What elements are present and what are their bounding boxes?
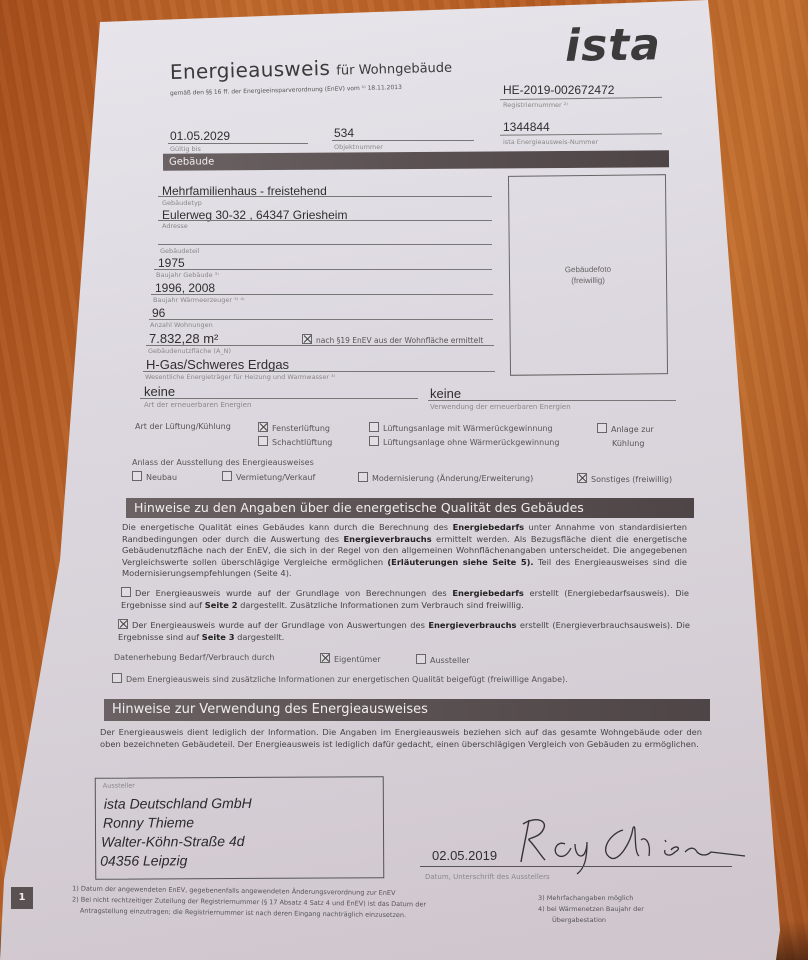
section-header-hinweise-qualitaet: Hinweise zu den Angaben über die energet… bbox=[126, 498, 694, 518]
checkbox-empty-icon[interactable] bbox=[121, 587, 131, 597]
signature-icon bbox=[515, 812, 755, 877]
qualitaet-intro-paragraph: Die energetische Qualität eines Gebäudes… bbox=[122, 522, 687, 580]
rule bbox=[500, 97, 662, 100]
energietraeger-label: Wesentliche Energieträger für Heizung un… bbox=[145, 373, 335, 381]
bold-text: Seite 2 bbox=[205, 600, 238, 610]
rule bbox=[143, 371, 495, 372]
checkbox-empty-icon[interactable] bbox=[369, 422, 379, 432]
rule bbox=[140, 398, 418, 399]
erneuerbare-verwendung-label: Verwendung der erneuerbaren Energien bbox=[430, 403, 571, 411]
text: dargestellt. bbox=[235, 632, 285, 642]
checkbox-label: nach §19 EnEV aus der Wohnfläche ermitte… bbox=[316, 336, 483, 345]
anlass-option-neubau[interactable]: Neubau bbox=[132, 471, 177, 482]
registriernummer-label: Registriernummer ²⁾ bbox=[503, 101, 568, 109]
title-main: Energieausweis bbox=[170, 56, 331, 84]
issuer-address: ista Deutschland GmbH Ronny Thieme Walte… bbox=[104, 794, 252, 871]
section-title: Hinweise zu den Angaben über die energet… bbox=[134, 500, 584, 515]
document-subtitle: gemäß den §§ 16 ff. der Energieeinsparve… bbox=[170, 84, 402, 97]
erneuerbare-art-label: Art der erneuerbaren Energien bbox=[144, 401, 251, 409]
option-label: Sonstiges (freiwillig) bbox=[591, 475, 672, 484]
option-label: Lüftungsanlage ohne Wärmerückgewinnung bbox=[383, 438, 559, 447]
option-label: Anlage zur bbox=[611, 425, 654, 434]
gebaeudeteil-label: Gebäudeteil bbox=[160, 247, 200, 255]
rule bbox=[154, 269, 492, 270]
nutzflaeche-checkbox[interactable]: nach §19 EnEV aus der Wohnfläche ermitte… bbox=[302, 334, 483, 345]
footnotes-left: 1) Datum der angewendeten EnEV, gegebene… bbox=[72, 884, 426, 922]
option-label: Vermietung/Verkauf bbox=[236, 473, 315, 482]
signature-rule bbox=[420, 866, 732, 867]
baujahr-waermeerzeuger-value: 1996, 2008 bbox=[155, 281, 215, 295]
lueftung-label: Art der Lüftung/Kühlung bbox=[135, 422, 231, 431]
footnote: 4) bei Wärmenetzen Baujahr der bbox=[538, 904, 644, 915]
lueftung-option-schacht[interactable]: Schachtlüftung bbox=[258, 436, 332, 447]
baujahr-gebaeude-value: 1975 bbox=[158, 256, 185, 270]
text: Der Energieausweis wurde auf der Grundla… bbox=[132, 620, 428, 630]
anlass-option-modernisierung[interactable]: Modernisierung (Änderung/Erweiterung) bbox=[358, 472, 533, 483]
checkbox-empty-icon[interactable] bbox=[416, 654, 426, 664]
text: Die energetische Qualität eines Gebäudes… bbox=[122, 522, 453, 532]
baujahr-waermeerzeuger-label: Baujahr Wärmeerzeuger ³⁾ ⁴⁾ bbox=[153, 296, 245, 304]
issuer-company: ista Deutschland GmbH bbox=[104, 794, 252, 814]
issuer-street: Walter-Köhn-Straße 4d bbox=[101, 832, 252, 852]
erneuerbare-verwendung-value: keine bbox=[430, 386, 461, 401]
option-label: Schachtlüftung bbox=[272, 438, 332, 447]
photo-label-line2: (freiwillig) bbox=[510, 274, 666, 287]
checkbox-checked-icon[interactable] bbox=[577, 473, 587, 483]
section-header-hinweise-verwendung: Hinweise zur Verwendung des Energieauswe… bbox=[104, 699, 710, 721]
checkbox-checked-icon[interactable] bbox=[302, 334, 312, 344]
lueftung-option-kuehlung[interactable]: Anlage zur Kühlung bbox=[597, 423, 654, 451]
checkbox-checked-icon[interactable] bbox=[258, 422, 268, 432]
anzahl-wohnungen-value: 96 bbox=[152, 306, 165, 320]
checkbox-checked-icon[interactable] bbox=[320, 653, 330, 663]
option-label: Fensterlüftung bbox=[272, 424, 330, 433]
option-label: Eigentümer bbox=[334, 655, 381, 664]
page-number-badge: 1 bbox=[11, 887, 33, 909]
checkbox-empty-icon[interactable] bbox=[369, 436, 379, 446]
gueltig-bis-label: Gültig bis bbox=[170, 145, 201, 153]
rule bbox=[158, 244, 492, 245]
title-sub: für Wohngebäude bbox=[336, 61, 452, 79]
option-label: Modernisierung (Änderung/Erweiterung) bbox=[372, 474, 533, 483]
gebaeudetyp-label: Gebäudetyp bbox=[162, 199, 202, 207]
checkbox-empty-icon[interactable] bbox=[358, 472, 368, 482]
erneuerbare-art-value: keine bbox=[144, 384, 175, 399]
rule bbox=[151, 294, 493, 295]
rule bbox=[428, 400, 676, 401]
datenerhebung-label: Datenerhebung Bedarf/Verbrauch durch bbox=[114, 653, 274, 662]
bold-text: Energieverbrauchs bbox=[428, 620, 516, 630]
issuer-label: Aussteller bbox=[103, 782, 135, 790]
checkbox-empty-icon[interactable] bbox=[132, 471, 142, 481]
energy-certificate-page: ista Energieausweis für Wohngebäude gemä… bbox=[0, 0, 808, 960]
rule bbox=[146, 345, 494, 346]
text: Der Energieausweis wurde auf der Grundla… bbox=[135, 588, 452, 598]
adresse-label: Adresse bbox=[162, 222, 188, 230]
checkbox-empty-icon[interactable] bbox=[222, 471, 232, 481]
rule bbox=[500, 133, 662, 135]
nutzflaeche-label: Gebäudenutzfläche (A_N) bbox=[148, 347, 231, 355]
nutzflaeche-value: 7.832,28 m² bbox=[149, 331, 218, 346]
objektnummer-value: 534 bbox=[334, 126, 354, 140]
checkbox-checked-icon[interactable] bbox=[118, 619, 128, 629]
rule bbox=[168, 143, 308, 144]
issuer-city: 04356 Leipzig bbox=[100, 851, 252, 871]
document-title: Energieausweis für Wohngebäude bbox=[170, 53, 453, 84]
registriernummer-value: HE-2019-002672472 bbox=[503, 83, 614, 97]
footnote: Übergabestation bbox=[538, 915, 644, 926]
ista-logo: ista bbox=[565, 19, 662, 72]
anlass-label: Anlass der Ausstellung des Energieauswei… bbox=[132, 458, 314, 467]
section-header-gebaeude: Gebäude bbox=[163, 150, 669, 171]
option-label: Neubau bbox=[146, 473, 177, 482]
bold-text: (Erläuterungen siehe Seite 5). bbox=[387, 557, 533, 567]
bold-text: Energieverbrauchs bbox=[344, 534, 432, 544]
checkbox-empty-icon[interactable] bbox=[597, 423, 607, 433]
option-label-line2: Kühlung bbox=[597, 439, 644, 448]
bold-text: Energiebedarfs bbox=[452, 588, 523, 598]
anlass-option-vermietung[interactable]: Vermietung/Verkauf bbox=[222, 471, 315, 482]
bedarf-option[interactable]: Der Energieausweis wurde auf der Grundla… bbox=[121, 587, 689, 611]
checkbox-empty-icon[interactable] bbox=[258, 436, 268, 446]
section-title: Gebäude bbox=[169, 156, 214, 167]
gueltig-bis-value: 01.05.2029 bbox=[170, 129, 230, 143]
option-label: Lüftungsanlage mit Wärmerückgewinnung bbox=[383, 424, 553, 433]
datenerhebung-option-aussteller[interactable]: Aussteller bbox=[416, 654, 470, 665]
signature-date: 02.05.2019 bbox=[432, 848, 497, 863]
issuer-box: Aussteller ista Deutschland GmbH Ronny T… bbox=[95, 776, 385, 880]
ausweisnummer-value: 1344844 bbox=[503, 120, 550, 134]
datenerhebung-option-eigentuemer[interactable]: Eigentümer bbox=[320, 653, 381, 664]
verwendung-paragraph: Der Energieausweis dient lediglich der I… bbox=[100, 727, 702, 750]
baujahr-gebaeude-label: Baujahr Gebäude ³⁾ bbox=[156, 271, 219, 279]
rule bbox=[149, 319, 493, 320]
checkbox-empty-icon[interactable] bbox=[112, 673, 122, 683]
rule bbox=[158, 196, 492, 197]
photo-placeholder-label: Gebäudefoto (freiwillig) bbox=[510, 263, 666, 287]
anzahl-wohnungen-label: Anzahl Wohnungen bbox=[150, 321, 213, 329]
bold-text: Seite 3 bbox=[202, 632, 235, 642]
text: dargestellt. Zusätzliche Informationen z… bbox=[238, 600, 524, 610]
signature-label: Datum, Unterschrift des Ausstellers bbox=[425, 873, 550, 881]
section-title: Hinweise zur Verwendung des Energieauswe… bbox=[112, 702, 428, 717]
footnote: 3) Mehrfachangaben möglich bbox=[538, 893, 644, 904]
anlass-option-sonstiges[interactable]: Sonstiges (freiwillig) bbox=[577, 473, 672, 484]
lueftung-option-mit-wrg[interactable]: Lüftungsanlage mit Wärmerückgewinnung bbox=[369, 422, 553, 433]
lueftung-option-ohne-wrg[interactable]: Lüftungsanlage ohne Wärmerückgewinnung bbox=[369, 436, 559, 447]
energietraeger-value: H-Gas/Schweres Erdgas bbox=[146, 357, 289, 372]
verbrauch-option[interactable]: Der Energieausweis wurde auf der Grundla… bbox=[118, 619, 690, 643]
option-label: Dem Energieausweis sind zusätzliche Info… bbox=[126, 675, 568, 684]
option-label: Aussteller bbox=[430, 656, 470, 665]
bold-text: Energiebedarfs bbox=[453, 522, 524, 532]
lueftung-option-fenster[interactable]: Fensterlüftung bbox=[258, 422, 330, 433]
footnotes-right: 3) Mehrfachangaben möglich 4) bei Wärmen… bbox=[538, 893, 644, 926]
rule bbox=[332, 140, 474, 141]
ausweisnummer-label: ista Energieausweis-Nummer bbox=[503, 138, 598, 146]
rule bbox=[158, 220, 492, 221]
issuer-person: Ronny Thieme bbox=[103, 813, 252, 833]
objektnummer-label: Objektnummer bbox=[334, 143, 383, 151]
building-photo-placeholder: Gebäudefoto (freiwillig) bbox=[508, 174, 668, 376]
zusatz-option[interactable]: Dem Energieausweis sind zusätzliche Info… bbox=[112, 673, 568, 684]
